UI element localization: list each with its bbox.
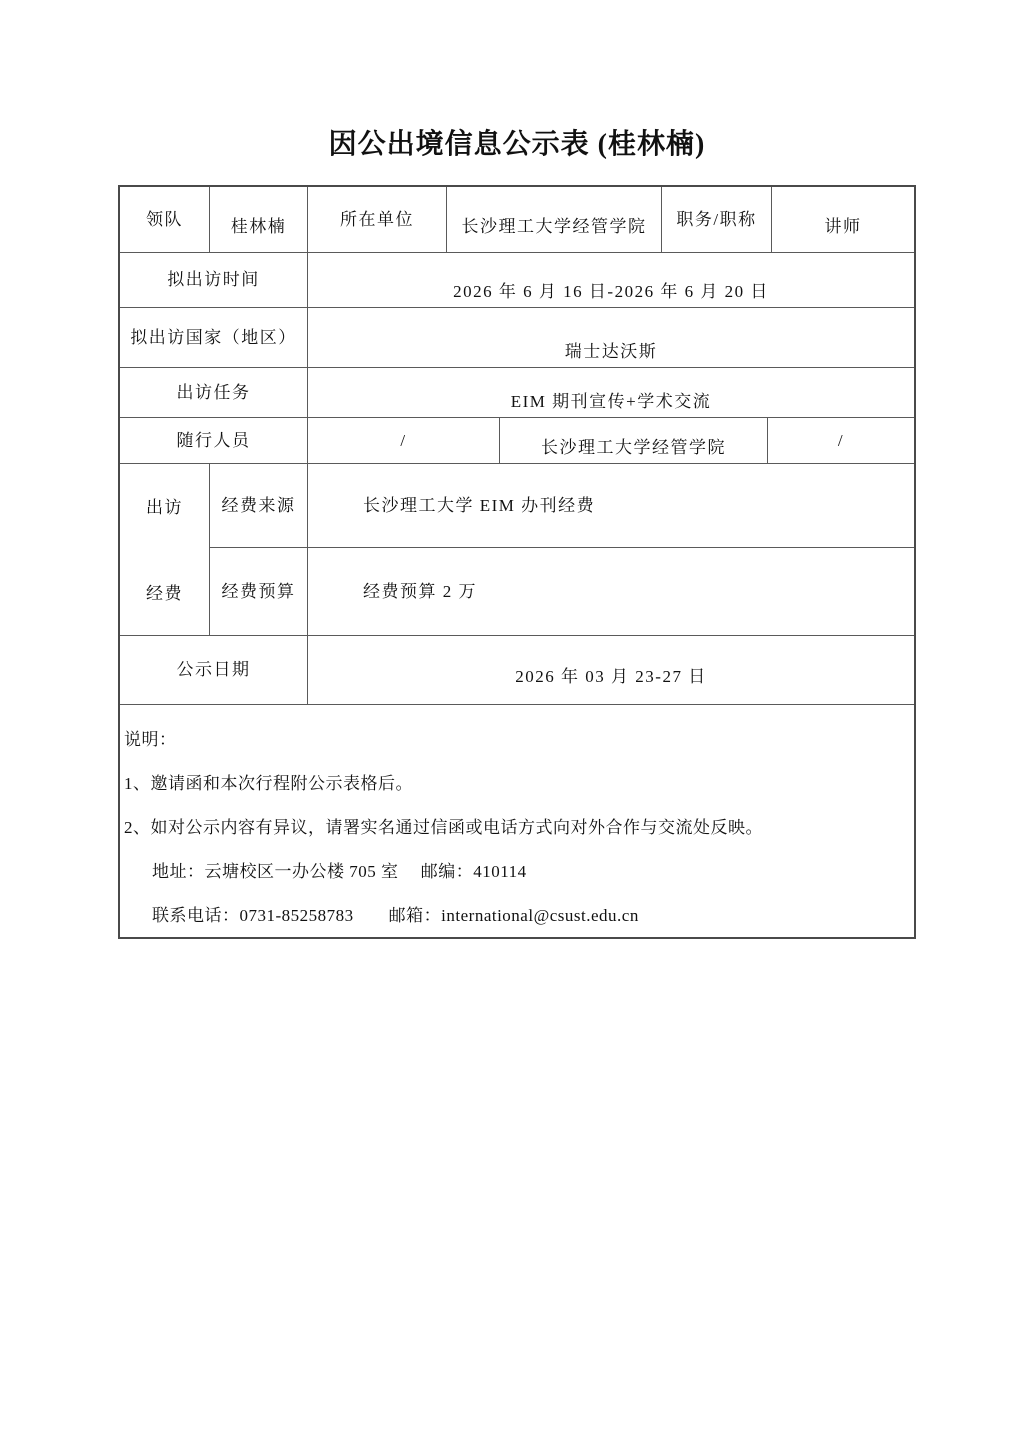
notice-date-label-text: 公示日期: [177, 659, 251, 680]
cell-unit-label: 所在单位: [308, 187, 447, 253]
cell-entourage-value3: /: [768, 418, 914, 464]
cell-budget-source-value: 长沙理工大学 EIM 办刊经费: [308, 464, 914, 548]
notes-line-2: 2、如对公示内容有异议，请署实名通过信函或电话方式向对外合作与交流处反映。: [124, 803, 908, 847]
cell-budget-plan-label: 经费预算: [210, 548, 308, 636]
budget-source-value-text: 长沙理工大学 EIM 办刊经费: [363, 495, 595, 516]
notes-section: 说明： 1、邀请函和本次行程附公示表格后。 2、如对公示内容有异议，请署实名通过…: [120, 705, 914, 937]
cell-travel-time-value: 2026 年 6 月 16 日-2026 年 6 月 20 日: [308, 253, 914, 308]
cell-notice-date-label: 公示日期: [120, 636, 308, 705]
travel-time-value-text: 2026 年 6 月 16 日-2026 年 6 月 20 日: [453, 281, 769, 302]
leader-name-text: 桂林楠: [231, 216, 287, 237]
entourage-value3-text: /: [838, 430, 844, 451]
entourage-value2-text: 长沙理工大学经管学院: [541, 437, 726, 458]
notes-line-contact: 联系电话：0731-85258783 邮箱：international@csus…: [124, 891, 908, 935]
post-label-text: 职务/职称: [676, 209, 756, 230]
info-table: 领队 桂林楠 所在单位 长沙理工大学经管学院 职务/职称 讲师 拟出访时间 20…: [118, 185, 916, 939]
cell-leader-label: 领队: [120, 187, 210, 253]
travel-time-label-text: 拟出访时间: [167, 269, 260, 290]
destination-label-text: 拟出访国家（地区）: [130, 327, 297, 348]
notes-line-1: 1、邀请函和本次行程附公示表格后。: [124, 759, 908, 803]
post-value-text: 讲师: [825, 216, 862, 237]
cell-budget-source-label: 经费来源: [210, 464, 308, 548]
unit-label-text: 所在单位: [340, 209, 414, 230]
cell-budget-plan-value: 经费预算 2 万: [308, 548, 914, 636]
budget-plan-label-text: 经费预算: [222, 581, 296, 602]
cell-entourage-label: 随行人员: [120, 418, 308, 464]
document-page: 因公出境信息公示表 (桂林楠) 领队 桂林楠 所在单位 长沙理工大学经管学院 职…: [0, 0, 1024, 1448]
cell-post-label: 职务/职称: [662, 187, 772, 253]
budget-group-top-text: 出访: [120, 464, 209, 548]
cell-mission-value: EIM 期刊宣传+学术交流: [308, 368, 914, 418]
notice-date-value-text: 2026 年 03 月 23-27 日: [515, 666, 706, 687]
cell-travel-time-label: 拟出访时间: [120, 253, 308, 308]
leader-label-text: 领队: [146, 209, 183, 230]
budget-source-label-text: 经费来源: [222, 495, 296, 516]
cell-notice-date-value: 2026 年 03 月 23-27 日: [308, 636, 914, 705]
mission-label-text: 出访任务: [177, 382, 251, 403]
page-title: 因公出境信息公示表 (桂林楠): [118, 122, 916, 162]
cell-budget-group: 出访 经费: [120, 464, 210, 636]
cell-destination-value: 瑞士达沃斯: [308, 308, 914, 368]
budget-plan-value-text: 经费预算 2 万: [363, 581, 477, 602]
destination-value-text: 瑞士达沃斯: [565, 341, 658, 362]
entourage-label-text: 随行人员: [177, 430, 251, 451]
budget-group-bottom-text: 经费: [120, 548, 209, 635]
unit-value-text: 长沙理工大学经管学院: [462, 216, 647, 237]
entourage-value1-text: /: [400, 430, 406, 451]
cell-unit-value: 长沙理工大学经管学院: [447, 187, 662, 253]
cell-entourage-value1: /: [308, 418, 500, 464]
cell-leader-name: 桂林楠: [210, 187, 308, 253]
cell-post-value: 讲师: [772, 187, 914, 253]
cell-destination-label: 拟出访国家（地区）: [120, 308, 308, 368]
mission-value-text: EIM 期刊宣传+学术交流: [511, 391, 712, 412]
notes-heading: 说明：: [124, 715, 908, 759]
cell-entourage-value2: 长沙理工大学经管学院: [500, 418, 768, 464]
cell-mission-label: 出访任务: [120, 368, 308, 418]
notes-line-address: 地址：云塘校区一办公楼 705 室 邮编：410114: [124, 847, 908, 891]
